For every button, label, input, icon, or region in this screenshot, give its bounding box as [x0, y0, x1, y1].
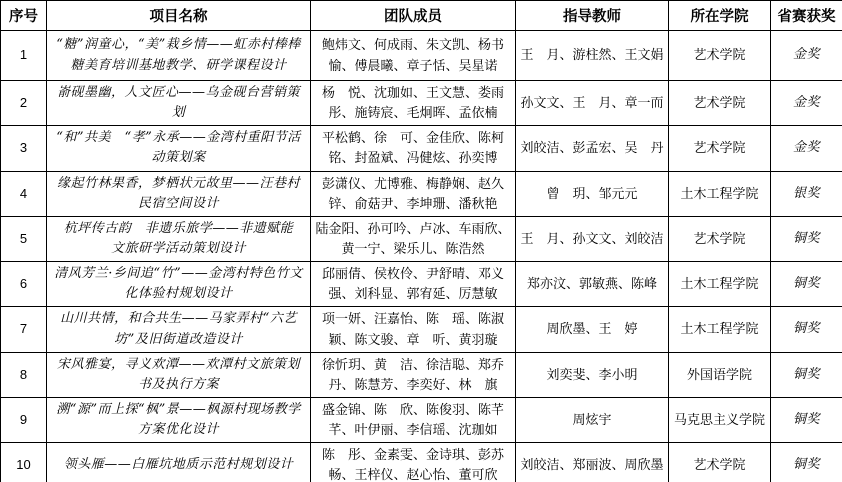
- cell-index: 1: [1, 31, 47, 81]
- cell-team: 徐忻玥、黄 洁、徐洁聪、郑乔丹、陈慧芳、李奕好、林 旗: [311, 352, 516, 397]
- table-row: 3“和”共美 “孝”永承——金湾村重阳节活动策划案平松鹤、徐 可、金佳欣、陈柯铭…: [1, 126, 842, 171]
- cell-advisors: 王 月、孙文文、刘皎洁: [516, 216, 669, 261]
- cell-college: 土木工程学院: [669, 171, 771, 216]
- table-body: 1“糖”润童心，“美”栽乡情——虹赤村棒棒糖美育培训基地教学、研学课程设计鲍炜文…: [1, 31, 842, 482]
- column-header-college: 所在学院: [669, 1, 771, 31]
- column-header-project: 项目名称: [47, 1, 311, 31]
- cell-project: 嵛砚墨幽，人文匠心——乌金砚台营销策划: [47, 81, 311, 126]
- cell-team: 鲍炜文、何成雨、朱文凯、杨书愉、傅晨曦、章子恬、吴星诺: [311, 31, 516, 81]
- cell-team: 彭潇仪、尤博雅、梅静娴、赵久锌、俞菇尹、李坤珊、潘秋艳: [311, 171, 516, 216]
- cell-college: 艺术学院: [669, 443, 771, 482]
- cell-college: 马克思主义学院: [669, 397, 771, 442]
- cell-advisors: 曾 玥、邹元元: [516, 171, 669, 216]
- cell-index: 10: [1, 443, 47, 482]
- table-row: 2嵛砚墨幽，人文匠心——乌金砚台营销策划杨 悦、沈珈如、王文慧、娄雨彤、施铸宸、…: [1, 81, 842, 126]
- cell-index: 7: [1, 307, 47, 352]
- cell-team: 陈 彤、金素雯、金诗琪、彭苏畅、王梓仪、赵心怡、董可欣: [311, 443, 516, 482]
- cell-advisors: 刘皎洁、郑丽波、周欣墨: [516, 443, 669, 482]
- cell-award: 铜奖: [771, 352, 842, 397]
- cell-advisors: 周欣墨、王 婷: [516, 307, 669, 352]
- award-list-page: 序号项目名称团队成员指导教师所在学院省赛获奖 1“糖”润童心，“美”栽乡情——虹…: [0, 0, 842, 482]
- cell-award: 铜奖: [771, 262, 842, 307]
- cell-team: 陆金阳、孙可吟、卢冰、车雨欣、黄一宁、梁乐儿、陈浩然: [311, 216, 516, 261]
- cell-index: 3: [1, 126, 47, 171]
- cell-index: 2: [1, 81, 47, 126]
- cell-index: 9: [1, 397, 47, 442]
- cell-index: 4: [1, 171, 47, 216]
- table-row: 4缘起竹林果香，梦栖状元故里——汪巷村民宿空间设计彭潇仪、尤博雅、梅静娴、赵久锌…: [1, 171, 842, 216]
- cell-advisors: 孙文文、王 月、章一而: [516, 81, 669, 126]
- cell-advisors: 刘奕斐、李小明: [516, 352, 669, 397]
- cell-award: 银奖: [771, 171, 842, 216]
- table-row: 5杭坪传古韵 非遗乐旅学——非遗赋能 文旅研学活动策划设计陆金阳、孙可吟、卢冰、…: [1, 216, 842, 261]
- cell-team: 盛金锦、陈 欣、陈俊羽、陈芊芊、叶伊丽、李信瑶、沈珈如: [311, 397, 516, 442]
- column-header-advisors: 指导教师: [516, 1, 669, 31]
- table-row: 9溯“源”而上探“枫”景——枫源村现场教学方案优化设计盛金锦、陈 欣、陈俊羽、陈…: [1, 397, 842, 442]
- cell-award: 铜奖: [771, 443, 842, 482]
- cell-college: 外国语学院: [669, 352, 771, 397]
- column-header-index: 序号: [1, 1, 47, 31]
- table-row: 1“糖”润童心，“美”栽乡情——虹赤村棒棒糖美育培训基地教学、研学课程设计鲍炜文…: [1, 31, 842, 81]
- cell-college: 艺术学院: [669, 81, 771, 126]
- table-header-row: 序号项目名称团队成员指导教师所在学院省赛获奖: [1, 1, 842, 31]
- cell-project: 缘起竹林果香，梦栖状元故里——汪巷村民宿空间设计: [47, 171, 311, 216]
- cell-index: 5: [1, 216, 47, 261]
- table-row: 10领头雁——白雁坑地质示范村规划设计陈 彤、金素雯、金诗琪、彭苏畅、王梓仪、赵…: [1, 443, 842, 482]
- cell-project: 宋风雅宴，寻义欢潭——欢潭村文旅策划书及执行方案: [47, 352, 311, 397]
- cell-project: 溯“源”而上探“枫”景——枫源村现场教学方案优化设计: [47, 397, 311, 442]
- table-row: 8宋风雅宴，寻义欢潭——欢潭村文旅策划书及执行方案徐忻玥、黄 洁、徐洁聪、郑乔丹…: [1, 352, 842, 397]
- column-header-award: 省赛获奖: [771, 1, 842, 31]
- table-row: 6清风芳兰·乡间追“竹”——金湾村特色竹文化体验村规划设计邱丽倩、侯枚伶、尹舒晴…: [1, 262, 842, 307]
- cell-college: 艺术学院: [669, 216, 771, 261]
- cell-project: 山川共情，和合共生——马家弄村“六艺坊”及旧街道改造设计: [47, 307, 311, 352]
- cell-project: 杭坪传古韵 非遗乐旅学——非遗赋能 文旅研学活动策划设计: [47, 216, 311, 261]
- cell-award: 铜奖: [771, 307, 842, 352]
- cell-team: 杨 悦、沈珈如、王文慧、娄雨彤、施铸宸、毛炯晖、孟依楠: [311, 81, 516, 126]
- cell-team: 邱丽倩、侯枚伶、尹舒晴、邓义强、刘科显、郭宥延、厉慧敏: [311, 262, 516, 307]
- table-row: 7山川共情，和合共生——马家弄村“六艺坊”及旧街道改造设计项一妍、汪嘉怡、陈 瑶…: [1, 307, 842, 352]
- cell-project: “和”共美 “孝”永承——金湾村重阳节活动策划案: [47, 126, 311, 171]
- cell-advisors: 周炫宇: [516, 397, 669, 442]
- cell-college: 土木工程学院: [669, 307, 771, 352]
- cell-award: 金奖: [771, 81, 842, 126]
- cell-team: 平松鹤、徐 可、金佳欣、陈柯铭、封盈斌、冯健炫、孙奕博: [311, 126, 516, 171]
- cell-college: 艺术学院: [669, 126, 771, 171]
- cell-advisors: 刘皎洁、彭孟宏、吴 丹: [516, 126, 669, 171]
- cell-project: “糖”润童心，“美”栽乡情——虹赤村棒棒糖美育培训基地教学、研学课程设计: [47, 31, 311, 81]
- column-header-team: 团队成员: [311, 1, 516, 31]
- cell-team: 项一妍、汪嘉怡、陈 瑶、陈淑颖、陈文骏、章 听、黄羽璇: [311, 307, 516, 352]
- cell-index: 8: [1, 352, 47, 397]
- cell-project: 领头雁——白雁坑地质示范村规划设计: [47, 443, 311, 482]
- award-table: 序号项目名称团队成员指导教师所在学院省赛获奖 1“糖”润童心，“美”栽乡情——虹…: [0, 0, 842, 482]
- cell-award: 铜奖: [771, 216, 842, 261]
- cell-project: 清风芳兰·乡间追“竹”——金湾村特色竹文化体验村规划设计: [47, 262, 311, 307]
- cell-advisors: 王 月、游柱然、王文娟: [516, 31, 669, 81]
- cell-award: 金奖: [771, 126, 842, 171]
- cell-award: 金奖: [771, 31, 842, 81]
- cell-advisors: 郑亦汶、郭敏燕、陈峰: [516, 262, 669, 307]
- cell-college: 艺术学院: [669, 31, 771, 81]
- cell-college: 土木工程学院: [669, 262, 771, 307]
- cell-award: 铜奖: [771, 397, 842, 442]
- cell-index: 6: [1, 262, 47, 307]
